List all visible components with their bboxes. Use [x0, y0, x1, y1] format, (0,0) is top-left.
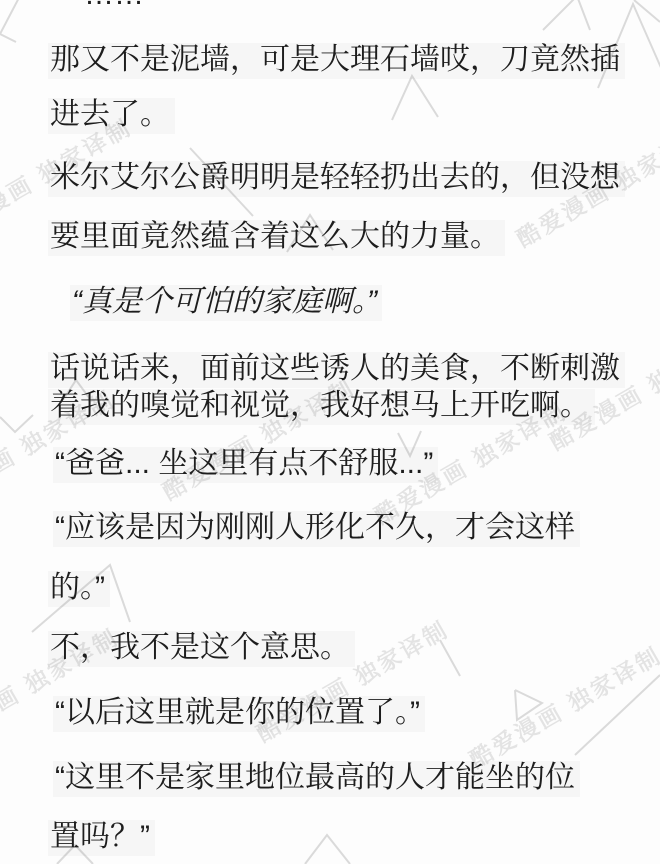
narration-line: 要里面竟然蕴含着这么大的力量。 — [48, 220, 505, 256]
thought-line: “真是个可怕的家庭啊。” — [70, 285, 382, 321]
dialogue-line: “应该是因为刚刚人形化不久，才会这样 — [53, 511, 580, 547]
narration-line: 米尔艾尔公爵明明是轻轻扔出去的，但没想 — [48, 161, 625, 197]
ellipsis-line: …… — [82, 0, 149, 14]
narration-line: 那又不是泥墙，可是大理石墙哎，刀竟然插 — [48, 43, 625, 79]
narration-line: 话说话来，面前这些诱人的美食，不断刺激 — [48, 352, 625, 388]
dialogue-line: 的。” — [48, 571, 110, 607]
dialogue-line: “爸爸... 坐这里有点不舒服...” — [53, 447, 438, 483]
dialogue-line: 置吗？” — [48, 820, 155, 856]
narration-line: 进去了。 — [48, 98, 175, 134]
watermark-text: 酷爱漫画 独家译制 — [543, 319, 660, 456]
narration-line: 着我的嗅觉和视觉，我好想马上开吃啊。 — [48, 389, 595, 425]
dialogue-line: “这里不是家里地位最高的人才能坐的位 — [53, 761, 580, 797]
narration-line: 不，我不是这个意思。 — [48, 631, 355, 667]
dialogue-line: “以后这里就是你的位置了。” — [53, 696, 425, 732]
watermark-text: 酷爱漫画 独家译制 — [463, 637, 660, 774]
